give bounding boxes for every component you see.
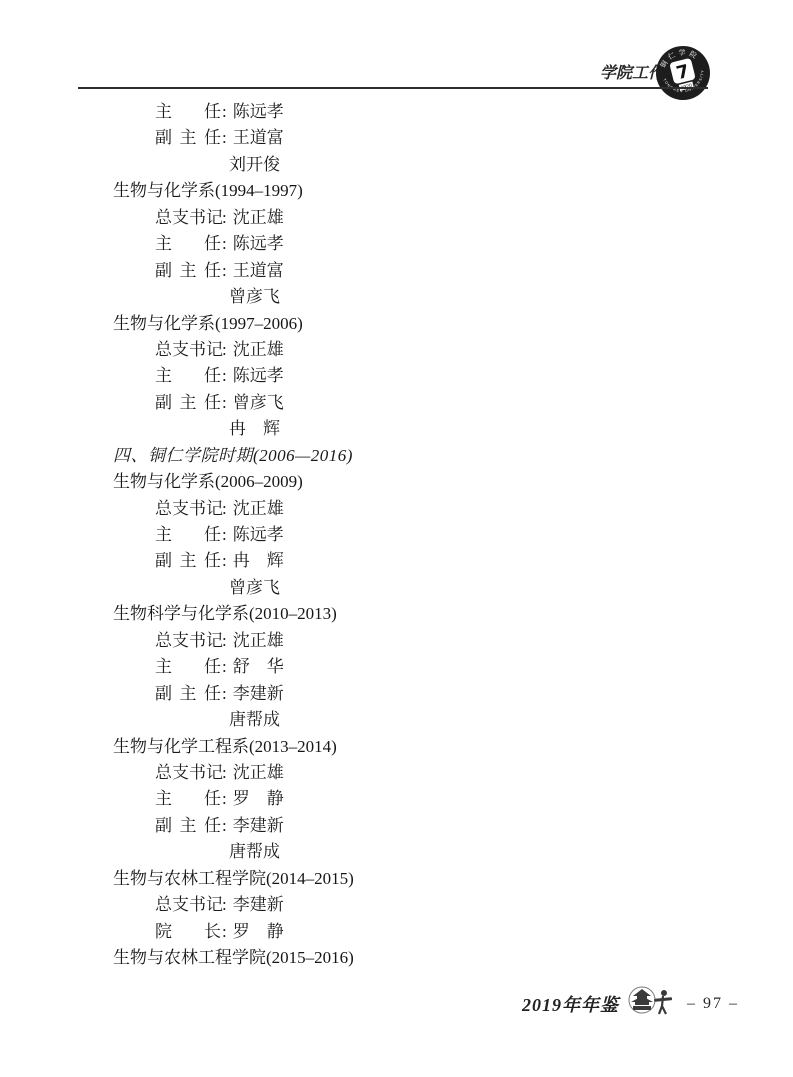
content-line-position: 总支书记:沈正雄 bbox=[0, 205, 793, 231]
position-label: 总支书记 bbox=[155, 628, 221, 654]
colon: : bbox=[222, 628, 227, 654]
colon: : bbox=[222, 760, 227, 786]
content-line-section: 生物与化学工程系(2013–2014) bbox=[0, 734, 793, 760]
colon: : bbox=[222, 231, 227, 257]
colon: : bbox=[222, 363, 227, 389]
colon: : bbox=[222, 205, 227, 231]
yearbook-title: 2019年年鉴 bbox=[522, 991, 619, 1017]
person-name: 罗 静 bbox=[233, 789, 284, 808]
person-name: 王道富 bbox=[233, 128, 284, 147]
pavilion-figure-icon bbox=[626, 985, 676, 1024]
section-title: 生物与化学系(1994–1997) bbox=[113, 181, 303, 200]
person-name: 陈远孝 bbox=[233, 102, 284, 121]
content-line-position: 总支书记:沈正雄 bbox=[0, 628, 793, 654]
person-name: 冉 辉 bbox=[229, 419, 280, 438]
content-line-position: 副主任:曾彦飞 bbox=[0, 390, 793, 416]
person-name: 李建新 bbox=[233, 816, 284, 835]
person-name: 罗 静 bbox=[233, 922, 284, 941]
section-title: 生物科学与化学系(2010–2013) bbox=[113, 604, 337, 623]
colon: : bbox=[222, 258, 227, 284]
content-line-position: 副主任:李建新 bbox=[0, 681, 793, 707]
content-line-position: 副主任:冉 辉 bbox=[0, 548, 793, 574]
content-lines: 主任:陈远孝副主任:王道富刘开俊生物与化学系(1994–1997)总支书记:沈正… bbox=[0, 99, 793, 971]
header-divider-rule bbox=[78, 87, 708, 89]
content-line-position: 主任:陈远孝 bbox=[0, 363, 793, 389]
content-line-position: 总支书记:沈正雄 bbox=[0, 496, 793, 522]
position-label: 主任 bbox=[155, 231, 221, 257]
content-line-position: 总支书记:沈正雄 bbox=[0, 337, 793, 363]
section-title: 生物与化学系(1997–2006) bbox=[113, 314, 303, 333]
colon: : bbox=[222, 548, 227, 574]
position-label: 主任 bbox=[155, 363, 221, 389]
content-line-section: 生物与化学系(2006–2009) bbox=[0, 469, 793, 495]
content-line-position: 主任:陈远孝 bbox=[0, 231, 793, 257]
person-name: 舒 华 bbox=[233, 657, 284, 676]
content-line-position: 主任:陈远孝 bbox=[0, 522, 793, 548]
content-line-continuation: 刘开俊 bbox=[0, 152, 793, 178]
person-name: 陈远孝 bbox=[233, 525, 284, 544]
person-name: 唐帮成 bbox=[229, 842, 280, 861]
person-name: 曾彦飞 bbox=[229, 287, 280, 306]
content-line-continuation: 曾彦飞 bbox=[0, 284, 793, 310]
page-number: – 97 – bbox=[687, 995, 739, 1013]
yearbook-page: 学院工作 铜仁学院 TONGREN UNIVERSITY 7 1920 主任:陈… bbox=[0, 0, 793, 1077]
colon: : bbox=[222, 125, 227, 151]
colon: : bbox=[222, 681, 227, 707]
content-line-section: 生物科学与化学系(2010–2013) bbox=[0, 601, 793, 627]
university-seal-logo: 铜仁学院 TONGREN UNIVERSITY 7 1920 bbox=[649, 39, 717, 107]
content-line-section: 生物与化学系(1997–2006) bbox=[0, 311, 793, 337]
section-title: 生物与化学工程系(2013–2014) bbox=[113, 737, 337, 756]
page-footer: 2019年年鉴 – 97 – bbox=[522, 983, 739, 1025]
content-line-section: 生物与化学系(1994–1997) bbox=[0, 178, 793, 204]
person-name: 李建新 bbox=[233, 684, 284, 703]
content-line-section: 生物与农林工程学院(2015–2016) bbox=[0, 945, 793, 971]
person-name: 王道富 bbox=[233, 261, 284, 280]
content-line-position: 院长:罗 静 bbox=[0, 919, 793, 945]
position-label: 总支书记 bbox=[155, 760, 221, 786]
section-title: 生物与农林工程学院(2015–2016) bbox=[113, 948, 354, 967]
colon: : bbox=[222, 919, 227, 945]
content-line-continuation: 唐帮成 bbox=[0, 707, 793, 733]
colon: : bbox=[222, 337, 227, 363]
content-line-position: 副主任:王道富 bbox=[0, 125, 793, 151]
content-line-position: 总支书记:沈正雄 bbox=[0, 760, 793, 786]
content-line-position: 主任:罗 静 bbox=[0, 786, 793, 812]
section-title: 生物与农林工程学院(2014–2015) bbox=[113, 869, 354, 888]
position-label: 副主任 bbox=[155, 681, 221, 707]
colon: : bbox=[222, 786, 227, 812]
colon: : bbox=[222, 390, 227, 416]
person-name: 沈正雄 bbox=[233, 631, 284, 650]
position-label: 院长 bbox=[155, 919, 221, 945]
content-line-section: 生物与农林工程学院(2014–2015) bbox=[0, 866, 793, 892]
content-line-continuation: 冉 辉 bbox=[0, 416, 793, 442]
section-title: 生物与化学系(2006–2009) bbox=[113, 472, 303, 491]
period-title: 四、铜仁学院时期(2006—2016) bbox=[113, 446, 353, 465]
content-line-position: 主任:陈远孝 bbox=[0, 99, 793, 125]
position-label: 副主任 bbox=[155, 390, 221, 416]
content-line-position: 主任:舒 华 bbox=[0, 654, 793, 680]
person-name: 沈正雄 bbox=[233, 763, 284, 782]
person-name: 曾彦飞 bbox=[233, 393, 284, 412]
person-name: 沈正雄 bbox=[233, 340, 284, 359]
content-line-continuation: 唐帮成 bbox=[0, 839, 793, 865]
content-line-position: 副主任:王道富 bbox=[0, 258, 793, 284]
content-line-period: 四、铜仁学院时期(2006—2016) bbox=[0, 443, 793, 469]
position-label: 主任 bbox=[155, 99, 221, 125]
position-label: 主任 bbox=[155, 654, 221, 680]
colon: : bbox=[222, 892, 227, 918]
person-name: 唐帮成 bbox=[229, 710, 280, 729]
person-name: 陈远孝 bbox=[233, 234, 284, 253]
position-label: 副主任 bbox=[155, 258, 221, 284]
person-name: 曾彦飞 bbox=[229, 578, 280, 597]
person-name: 沈正雄 bbox=[233, 208, 284, 227]
person-name: 陈远孝 bbox=[233, 366, 284, 385]
colon: : bbox=[222, 522, 227, 548]
position-label: 主任 bbox=[155, 786, 221, 812]
position-label: 副主任 bbox=[155, 548, 221, 574]
position-label: 总支书记 bbox=[155, 496, 221, 522]
position-label: 总支书记 bbox=[155, 337, 221, 363]
person-name: 李建新 bbox=[233, 895, 284, 914]
content-line-position: 副主任:李建新 bbox=[0, 813, 793, 839]
position-label: 总支书记 bbox=[155, 892, 221, 918]
position-label: 主任 bbox=[155, 522, 221, 548]
person-name: 冉 辉 bbox=[233, 551, 284, 570]
content-line-continuation: 曾彦飞 bbox=[0, 575, 793, 601]
colon: : bbox=[222, 99, 227, 125]
colon: : bbox=[222, 496, 227, 522]
position-label: 副主任 bbox=[155, 125, 221, 151]
colon: : bbox=[222, 654, 227, 680]
person-name: 沈正雄 bbox=[233, 499, 284, 518]
position-label: 总支书记 bbox=[155, 205, 221, 231]
seal-graphic: 铜仁学院 TONGREN UNIVERSITY 7 1920 bbox=[649, 39, 717, 107]
content-line-position: 总支书记:李建新 bbox=[0, 892, 793, 918]
position-label: 副主任 bbox=[155, 813, 221, 839]
colon: : bbox=[222, 813, 227, 839]
person-name: 刘开俊 bbox=[229, 155, 280, 174]
